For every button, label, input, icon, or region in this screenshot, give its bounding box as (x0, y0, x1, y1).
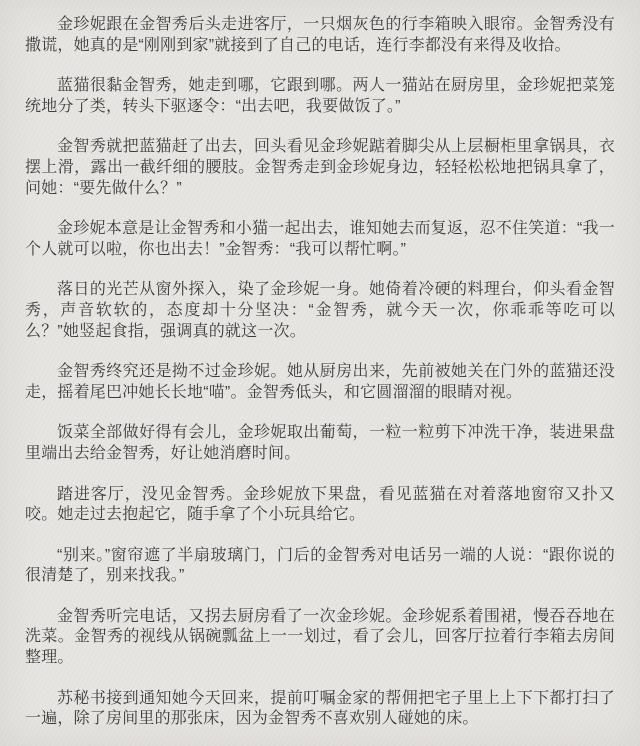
paragraph-10: 金智秀听完电话，又拐去厨房看了一次金珍妮。金珍妮系着围裙，慢吞吞地在洗菜。金智秀… (25, 607, 615, 669)
paragraph-1: 金珍妮跟在金智秀后头走进客厅，一只烟灰色的行李箱映入眼帘。金智秀没有撒谎，她真的… (25, 15, 615, 56)
paragraph-11: 苏秘书接到通知她今天回来，提前叮嘱金家的帮佣把宅子里上上下下都打扫了一遍，除了房… (25, 689, 615, 730)
paragraph-2: 蓝猫很黏金智秀，她走到哪，它跟到哪。两人一猫站在厨房里，金珍妮把菜笼统地分了类，… (25, 76, 615, 117)
novel-page: 金珍妮跟在金智秀后头走进客厅，一只烟灰色的行李箱映入眼帘。金智秀没有撒谎，她真的… (0, 0, 640, 746)
paragraph-3: 金智秀就把蓝猫赶了出去，回头看见金珍妮踮着脚尖从上层橱柜里拿锅具，衣摆上滑，露出… (25, 137, 615, 199)
paragraph-5: 落日的光芒从窗外探入，染了金珍妮一身。她倚着冷硬的料理台，仰头看金智秀，声音软软… (25, 280, 615, 342)
paragraph-8: 踏进客厅，没见金智秀。金珍妮放下果盘，看见蓝猫在对着落地窗帘又扑又咬。她走过去抱… (25, 485, 615, 526)
paragraph-4: 金珍妮本意是让金智秀和小猫一起出去，谁知她去而复返，忍不住笑道：“我一个人就可以… (25, 219, 615, 260)
paragraph-7: 饭菜全部做好得有会儿，金珍妮取出葡萄，一粒一粒剪下冲洗干净，装进果盘里端出去给金… (25, 423, 615, 464)
paragraph-6: 金智秀终究还是拗不过金珍妮。她从厨房出来，先前被她关在门外的蓝猫还没走，摇着尾巴… (25, 362, 615, 403)
paragraph-9: “别来。”窗帘遮了半扇玻璃门，门后的金智秀对电话另一端的人说：“跟你说的很清楚了… (25, 546, 615, 587)
